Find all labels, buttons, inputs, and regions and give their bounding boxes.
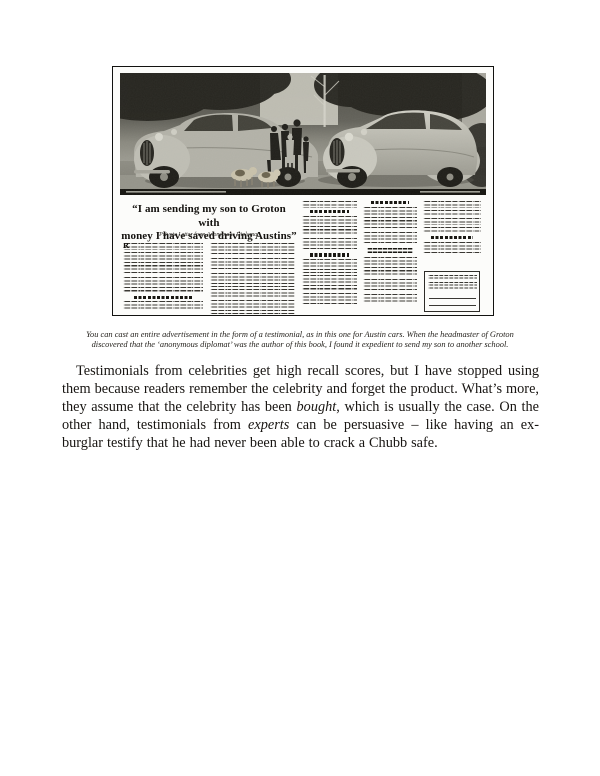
greek-line [302,293,357,306]
italic-word-bought: bought [297,399,337,415]
greek-line [302,259,357,272]
photo-grain [120,73,486,195]
ad-caption-line-2: discovered that the ‘anonymous diplomat’… [63,340,537,350]
greek-line [428,275,477,280]
greek-line [210,243,295,256]
body-paragraph: Testimonials from celebrities get high r… [62,362,539,452]
ad-text-column-2 [210,243,295,313]
greek-line [363,279,417,292]
signature-line [429,291,476,299]
ad-caption-line-1: You can cast an entire advertisement in … [63,330,537,340]
ad-photo-illustration [120,73,486,195]
greek-line [210,300,295,313]
greek-line [423,218,481,225]
greek-heading-two-line [367,248,413,255]
greek-line [428,282,477,290]
ad-headline-line-1: “I am sending my son to Groton with [121,203,297,230]
italic-word-experts: experts [248,417,289,433]
dropcap-paragraph: R [123,243,203,252]
greek-line [302,201,357,208]
dropcap: R [123,243,129,250]
greek-line [210,289,295,299]
greek-line [423,210,481,217]
greek-line [123,277,203,294]
greek-heading [371,201,410,204]
greek-line [302,238,357,251]
greek-line [423,242,481,255]
greek-heading [310,210,350,213]
ad-text-column-4 [363,201,417,313]
ad-photo [120,73,486,195]
ad-caption: You can cast an entire advertisement in … [63,330,537,350]
greek-line [210,258,295,271]
greek-heading [134,296,192,299]
greek-line [363,232,417,245]
greek-line [423,201,481,208]
greek-line [302,216,357,236]
coupon-box [424,271,480,312]
greek-heading [431,236,473,239]
greek-line [423,227,481,234]
ad-text-column-5 [423,201,481,313]
ad-subhead: Private Letter from Anonymous Diplomat [121,232,297,239]
greek-line [363,257,417,277]
ad-text-column-3 [302,201,357,313]
greek-line [302,275,357,292]
greek-line [123,252,203,275]
austin-advertisement: “I am sending my son to Groton with mone… [112,66,494,316]
greek-line [123,243,203,250]
greek-line [363,207,417,230]
signature-line [429,299,476,307]
book-page: “I am sending my son to Groton with mone… [0,0,600,776]
greek-line [363,294,417,304]
greek-heading [310,253,350,256]
greek-line [210,273,295,286]
ad-text-column-1: R [123,243,203,313]
greek-line [123,301,203,311]
